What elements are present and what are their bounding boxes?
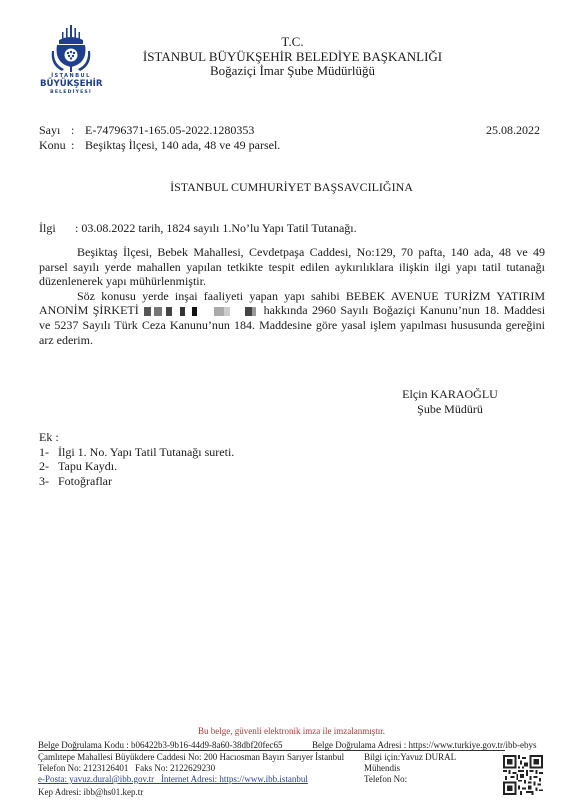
document-meta: Sayı : E-74796371-165.05-2022.1280353 Ko… bbox=[39, 123, 280, 153]
logo-text-buyuksehir: BÜYÜKŞEHİR bbox=[40, 79, 102, 89]
sayi-label: Sayı bbox=[39, 123, 71, 138]
ilgi-label: İlgi bbox=[39, 221, 75, 236]
attachment-item: 2- Tapu Kaydı. bbox=[39, 459, 234, 474]
ibb-logo: İSTANBUL BÜYÜKŞEHİR BELEDİYESİ bbox=[40, 24, 102, 96]
ibb-emblem-icon bbox=[40, 24, 102, 72]
footer-phone-fax: Telefon No: 2123126401 Faks No: 21226292… bbox=[38, 763, 344, 774]
konu-colon: : bbox=[71, 138, 85, 153]
reference-line: İlgi : 03.08.2022 tarih, 1824 sayılı 1.N… bbox=[39, 221, 357, 236]
footer-address: Çamlıtepe Mahallesi Büyükdere Caddesi No… bbox=[38, 752, 344, 763]
logo-text-belediyesi: BELEDİYESİ bbox=[40, 90, 102, 95]
signature-block: Elçin KARAOĞLU Şube Müdürü bbox=[370, 387, 530, 417]
header-department: Boğaziçi İmar Şube Müdürlüğü bbox=[140, 64, 445, 79]
attachment-text: Fotoğraflar bbox=[58, 474, 112, 489]
info-contact: Bilgi için:Yavuz DURAL bbox=[364, 752, 456, 763]
attachments-title: Ek : bbox=[39, 430, 234, 445]
attachment-number: 3- bbox=[39, 474, 58, 489]
verification-code: Belge Doğrulama Kodu : b06422b3-9b16-44d… bbox=[38, 740, 282, 750]
sayi-row: Sayı : E-74796371-165.05-2022.1280353 bbox=[39, 123, 280, 138]
body-paragraph-2: Söz konusu yerde inşai faaliyeti yapan y… bbox=[39, 289, 545, 347]
qr-code-icon bbox=[503, 755, 543, 795]
attachment-text: İlgi 1. No. Yapı Tatil Tutanağı sureti. bbox=[58, 445, 234, 460]
header-tc: T.C. bbox=[140, 35, 445, 50]
footer-kep: Kep Adresi: ibb@hs01.kep.tr bbox=[38, 787, 344, 798]
body-paragraph-1: Beşiktaş İlçesi, Bebek Mahallesi, Cevdet… bbox=[39, 245, 545, 289]
document-date: 25.08.2022 bbox=[486, 123, 540, 138]
sayi-value: E-74796371-165.05-2022.1280353 bbox=[85, 123, 254, 138]
redacted-text bbox=[144, 307, 258, 316]
verification-address[interactable]: Belge Doğrulama Adresi : https://www.tur… bbox=[312, 740, 537, 750]
info-title: Mühendis bbox=[364, 763, 456, 774]
attachment-number: 2- bbox=[39, 459, 58, 474]
attachment-number: 1- bbox=[39, 445, 58, 460]
signatory-title: Şube Müdürü bbox=[370, 402, 530, 417]
konu-label: Konu bbox=[39, 138, 71, 153]
footer-contact: Çamlıtepe Mahallesi Büyükdere Caddesi No… bbox=[38, 752, 344, 798]
footer-info: Bilgi için:Yavuz DURAL Mühendis Telefon … bbox=[364, 752, 456, 785]
footer-email-web-link[interactable]: e-Posta: yavuz.dural@ibb.gov.tr İnternet… bbox=[38, 774, 344, 785]
letterhead: T.C. İSTANBUL BÜYÜKŞEHİR BELEDİYE BAŞKAN… bbox=[140, 35, 445, 79]
attachment-item: 3- Fotoğraflar bbox=[39, 474, 234, 489]
ilgi-value: : 03.08.2022 tarih, 1824 sayılı 1.No’lu … bbox=[75, 221, 357, 236]
attachment-item: 1- İlgi 1. No. Yapı Tatil Tutanağı suret… bbox=[39, 445, 234, 460]
sayi-colon: : bbox=[71, 123, 85, 138]
attachment-text: Tapu Kaydı. bbox=[58, 459, 117, 474]
recipient: İSTANBUL CUMHURİYET BAŞSAVCILIĞINA bbox=[0, 180, 583, 195]
konu-row: Konu : Beşiktaş İlçesi, 140 ada, 48 ve 4… bbox=[39, 138, 280, 153]
konu-value: Beşiktaş İlçesi, 140 ada, 48 ve 49 parse… bbox=[85, 138, 280, 153]
signatory-name: Elçin KARAOĞLU bbox=[370, 387, 530, 402]
header-institution: İSTANBUL BÜYÜKŞEHİR BELEDİYE BAŞKANLIĞI bbox=[140, 50, 445, 65]
letter-body: Beşiktaş İlçesi, Bebek Mahallesi, Cevdet… bbox=[39, 245, 545, 347]
footer-divider bbox=[38, 750, 505, 751]
verification-row: Belge Doğrulama Kodu : b06422b3-9b16-44d… bbox=[38, 740, 558, 750]
info-phone: Telefon No: bbox=[364, 774, 456, 785]
e-signature-note: Bu belge, güvenli elektronik imza ile im… bbox=[0, 726, 583, 736]
attachments: Ek : 1- İlgi 1. No. Yapı Tatil Tutanağı … bbox=[39, 430, 234, 488]
